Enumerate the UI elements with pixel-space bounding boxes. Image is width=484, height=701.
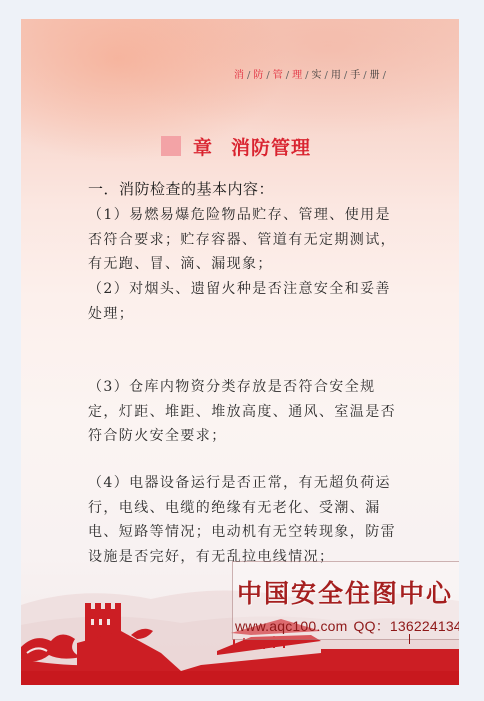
chapter-label: 章	[193, 137, 213, 159]
watermark-qq-number: 1362241340	[390, 618, 459, 634]
crumb-char: 册	[370, 70, 381, 81]
crumb-char: 用	[331, 70, 342, 81]
crumb-char: 消	[234, 70, 245, 81]
chapter-number-redacted	[161, 136, 181, 156]
crumb-char: 理	[292, 70, 303, 81]
header-breadcrumb: 消/防/管/理/实/用/手/册/	[234, 66, 389, 81]
paragraph-3: （3）仓库内物资分类存放是否符合安全规定，灯距、堆距、堆放高度、通风、室温是否符…	[88, 375, 400, 449]
crumb-char: 实	[312, 70, 323, 81]
section-heading: 一．消防检查的基本内容：	[88, 178, 274, 199]
watermark-qq-label: QQ：	[354, 618, 390, 634]
crumb-char: 手	[350, 70, 361, 81]
document-page: 消/防/管/理/实/用/手/册/ 章消防管理 一．消防检查的基本内容： （1）易…	[21, 19, 459, 685]
watermark-title: 中国安全住图中心	[237, 574, 457, 610]
crumb-char: 管	[273, 70, 284, 81]
chapter-heading: 章消防管理	[161, 131, 311, 161]
chapter-title: 消防管理	[231, 137, 311, 159]
watermark-divider	[409, 634, 410, 644]
watermark-url: www.aqc100.com	[235, 618, 348, 634]
paragraph-4: （4）电器设备运行是否正常，有无超负荷运行，电线、电缆的绝缘有无老化、受潮、漏电…	[88, 471, 400, 569]
paragraph-2: （2）对烟头、遗留火种是否注意安全和妥善处理；	[88, 277, 400, 326]
crumb-char: 防	[253, 70, 264, 81]
paragraph-1: （1）易燃易爆危险物品贮存、管理、使用是否符合要求；贮存容器、管道有无定期测试，…	[88, 203, 400, 277]
watermark-overlay: 中国安全住图中心 www.aqc100.comQQ：1362241340	[232, 561, 459, 640]
watermark-contact: www.aqc100.comQQ：1362241340	[235, 616, 459, 636]
